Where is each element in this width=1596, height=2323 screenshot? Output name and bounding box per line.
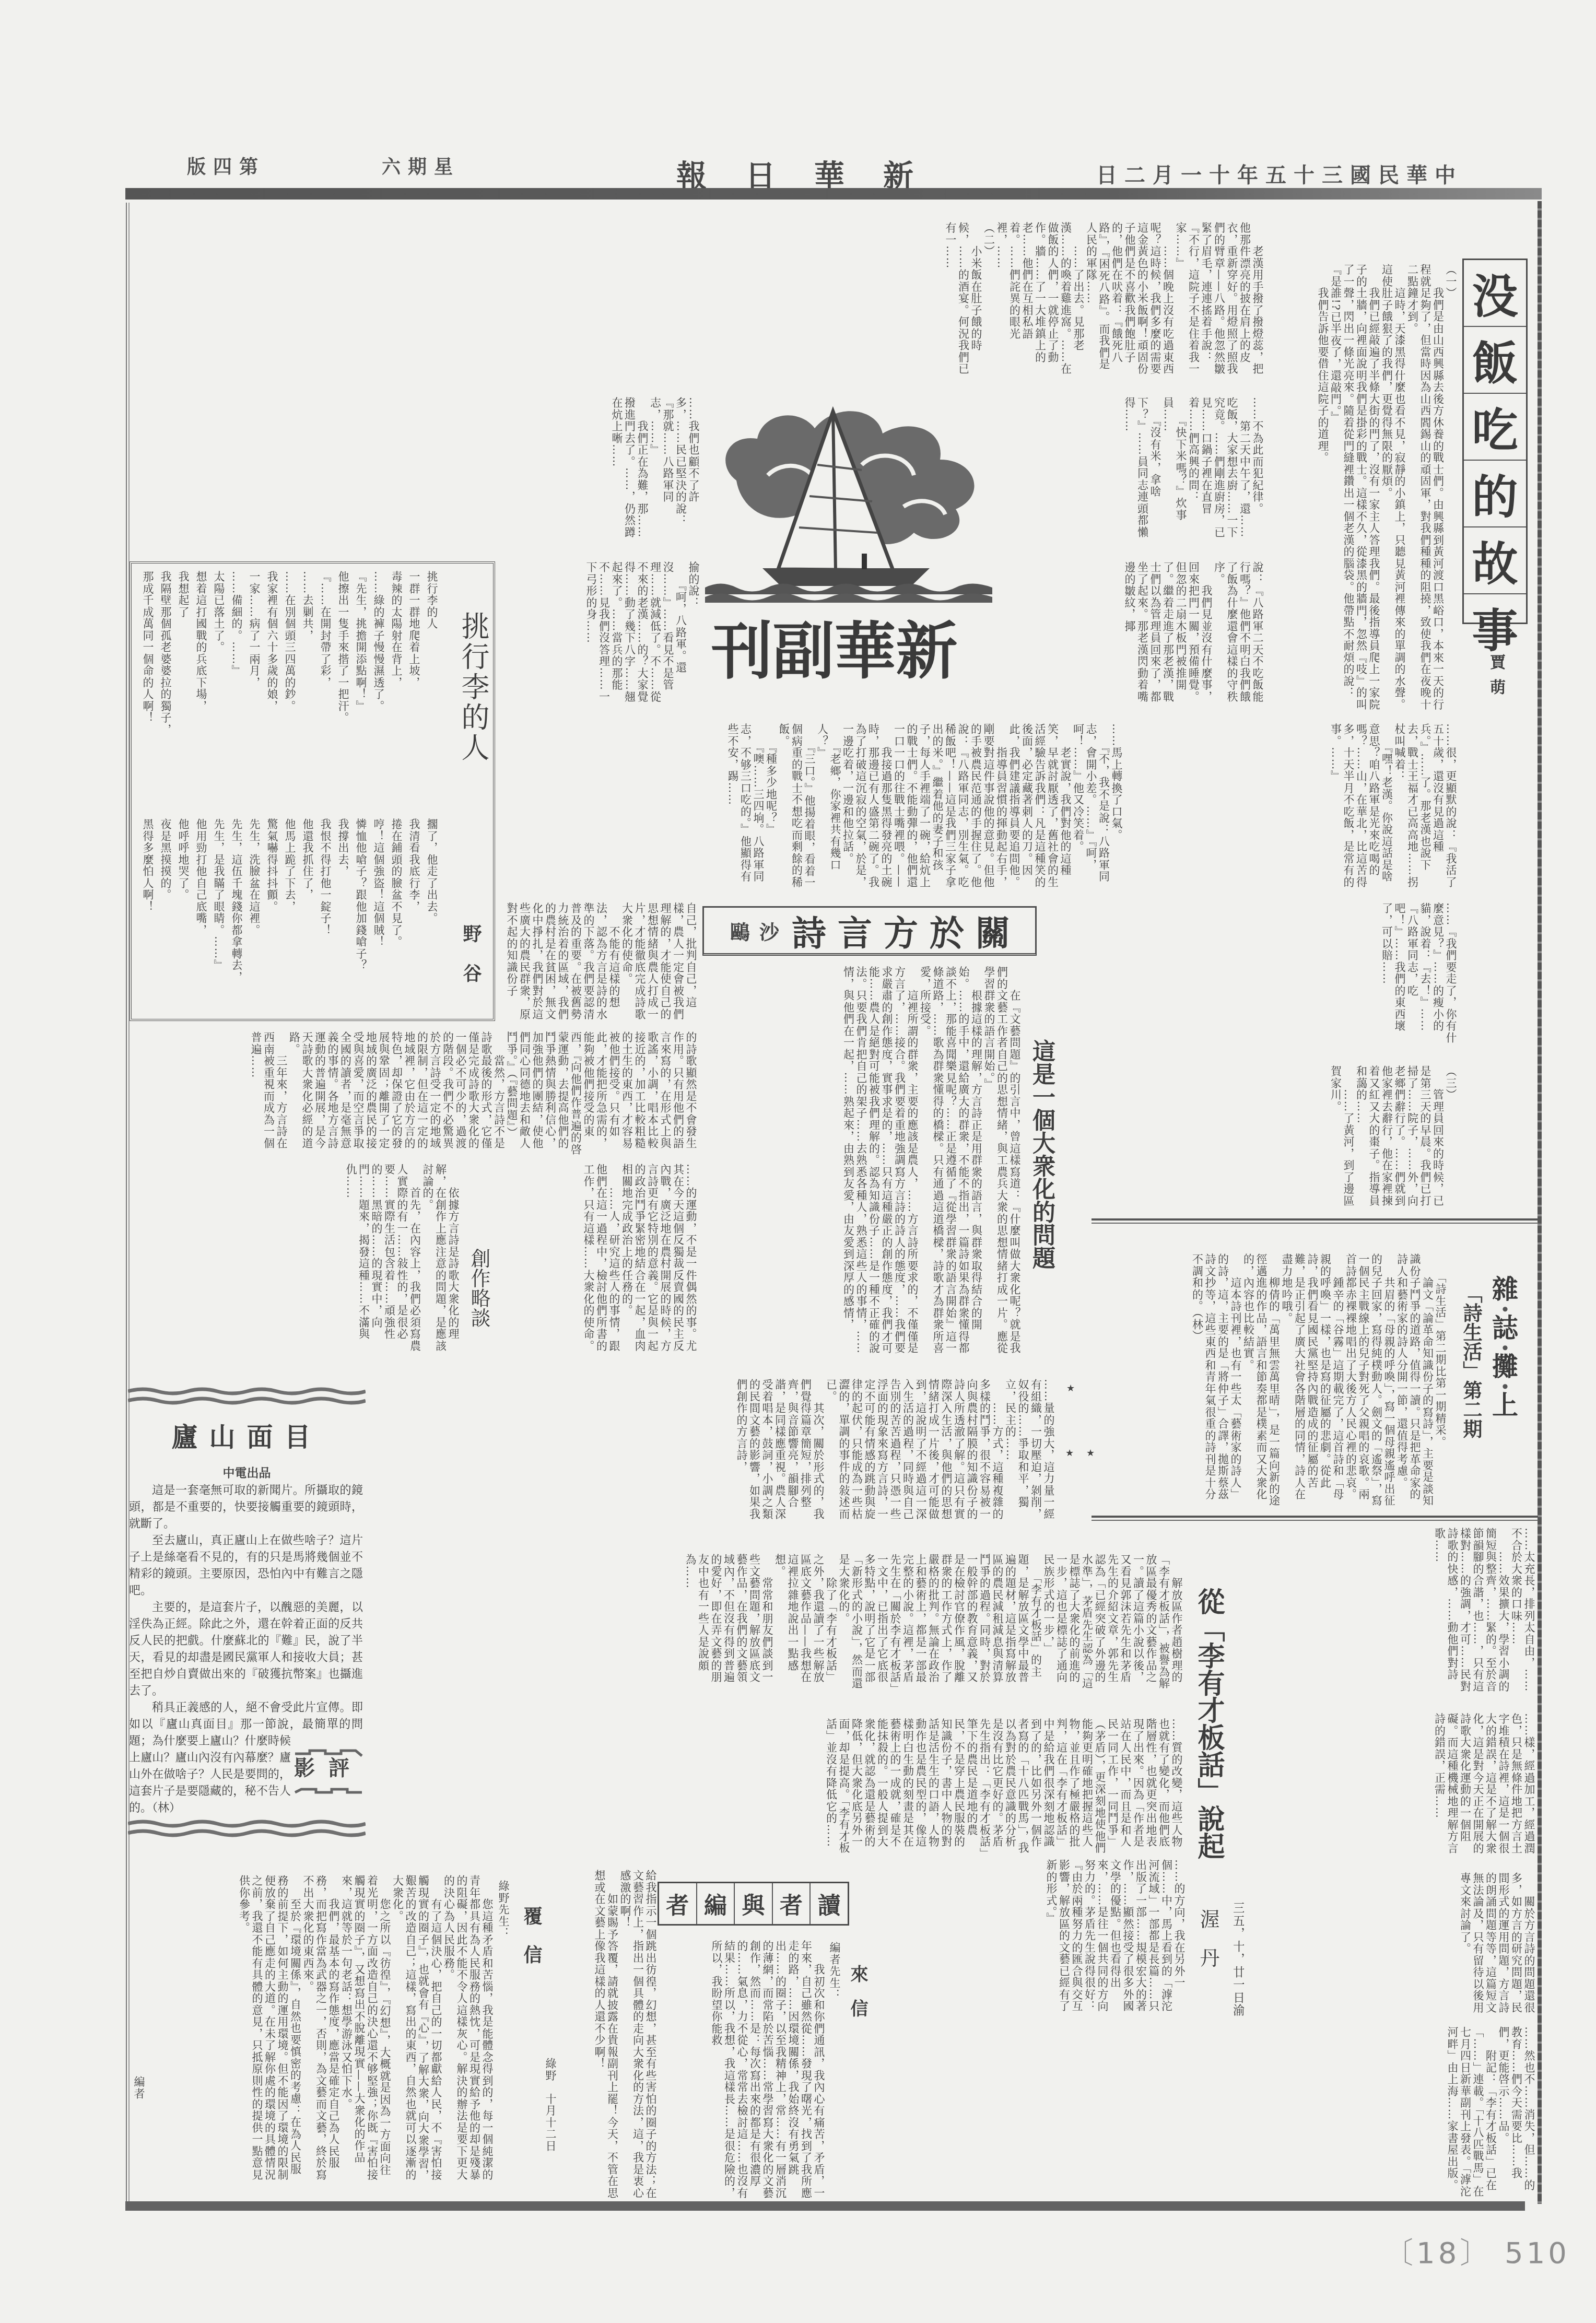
letter-body-part-2: 給我指示一個跳出彷徨，幻想，甚至有些害怕的圈子的方法；在文藝習作上，指出一個具體… xyxy=(558,1870,657,2199)
film-review-tag: 影評 xyxy=(294,1749,363,1797)
film-review-paragraph: 這是一套毫無可取的新聞片。所攝取的鏡頭，都是不重要的，快要接觸重要的鏡頭時，就斷… xyxy=(129,1482,363,1532)
column-title-char: 編 xyxy=(696,1883,734,1924)
bottom-rule xyxy=(125,2201,1525,2211)
column-title-char: 者 xyxy=(772,1883,810,1924)
li-youcai-text-part-2: ……質的改變，這些人物也就有了變化，而他們底階層性，也就更突出地表現了出來。因為… xyxy=(381,1718,1183,1857)
right-border xyxy=(1538,201,1542,2204)
porter-poem-author: 野谷 xyxy=(458,924,485,1003)
magazine-stand-column-title: 雜 誌 攤 上 xyxy=(1489,1274,1521,1421)
film-producer: 中電出品 xyxy=(128,1463,366,1481)
dialect-poetry-author: 沙鷗 xyxy=(730,916,789,945)
magazine-top-rule xyxy=(1092,1218,1538,1224)
issue-date: 中華民國三十五年十一月二日 xyxy=(1096,159,1463,189)
dialect-poetry-title-box: 關於方言詩 沙鷗 xyxy=(702,906,1037,956)
reply-salutation: 綠野先生： xyxy=(496,1880,510,1985)
porter-poem-stanza-1: 挑行李的人 一群一群地爬着上坡， 毒辣的太陽射在背上， ……綠的褲子慢慢濕透了。… xyxy=(135,571,441,756)
magazine-stand-subtitle: 「詩生活」第二期 xyxy=(1457,1284,1485,1438)
reply-signature: 編者 xyxy=(132,2076,145,2118)
weekday-label: 星期六 xyxy=(382,152,460,179)
no-food-story-text-part-7: ……很，更顯默的說：『我活了五十歲，還沒有見過這種兵。』……了。那老漢也說下去，… xyxy=(1128,723,1457,890)
porter-poem-box: 挑行李的人 野谷 挑行李的人 一群一群地爬着上坡， 毒辣的太陽射在背上， ……綠… xyxy=(130,561,495,1021)
star-separator-icon: ★ xyxy=(1066,1383,1075,1394)
supplement-masthead: 新華副刊 xyxy=(708,606,961,697)
star-separator-icon: ★ xyxy=(1086,1448,1095,1459)
title-char: 事 xyxy=(1464,594,1526,660)
letter-salutation: 編者先生： xyxy=(827,1942,841,2046)
column-title-char: 攤 xyxy=(1492,1352,1518,1390)
film-review-body: 這是一套毫無可取的新聞片。所攝取的鏡頭，都是不重要的，快要接觸重要的鏡頭時，就斷… xyxy=(129,1482,363,1816)
dialect-poetry-text-part-2: 自己，批判自己，這樣，農人一定會被我們理解的，才能使自己的思想情緒與農人打成一片… xyxy=(504,902,697,1028)
left-border xyxy=(126,203,130,2203)
no-food-story-text-part-2: 老漢用手撥了撥燈蕊，把他那件漂亮的披在肩上的皮衣，重新穿好。用燈照了照我們的臂章… xyxy=(131,222,1264,381)
dialect-poetry-text-part-1: 在『文藝問題』的引言中，曾這樣寫道：『什麼叫做大衆化呢？就是我們的文藝工作者自己… xyxy=(702,966,1021,1360)
reply-body: 您這種矛盾和苦惱，我是能體念得到的，每一個純潔的青年都具有為人民服務的熱忱，可是… xyxy=(146,1875,494,2186)
dialect-poetry-section-title: 創作略談 xyxy=(465,1248,494,1328)
edition-label: 第四版 xyxy=(187,152,265,179)
no-food-story-text-part-1: （一） 我們是由山西興縣去後方休養的戰士們。由興縣到黃河渡口黑峪口，本來一天的行… xyxy=(1269,264,1457,710)
no-food-story-text-part-8: ……馬上轉換了口氣。 『不，我不是說：八路軍同志，會開小差。……』『呵，呵！……… xyxy=(504,723,1123,890)
film-review-title: 廬山面目 xyxy=(128,1416,366,1454)
wavy-border-icon xyxy=(128,1386,366,1407)
title-char: 故 xyxy=(1464,527,1526,594)
magazine-stand-review-text: 「詩生活」第二期比第一期精采。 論文「論革命知識份子的寫詩」，主要是談知識份子鬥… xyxy=(1097,1253,1447,1510)
dialect-poetry-text-part-3: 的詩歌顯然是不會發生作用。只有用他們的語言來寫的，在形式上與歌謠，小調，唱本比較… xyxy=(131,1031,697,1157)
dialect-poetry-text-part-5: 依據方言詩是詩歌大衆化的理解，在創作上應注意的問題，是應該討論的。 首先，在內容… xyxy=(131,1164,460,1361)
dialect-poetry-text-part-6: ……量的強大，這力量一經有組織，一切壓迫，剝削，奴役的……爭取和平，獨立，民主的… xyxy=(373,1379,1055,1528)
no-food-story-author: 賈萌 xyxy=(1484,654,1507,704)
film-review-paragraph: 至去廬山，真正廬山上在做些啥子？這片子上是絲毫看不見的，有的只是馬將幾個並不精彩… xyxy=(129,1532,363,1599)
dialect-poetry-text-part-9: 關於方言詩的問題還很多，如方言的研究問題，民間形式的運用問題，方言詩的朗誦問題等… xyxy=(1249,1872,1535,2016)
column-title-char: 上 xyxy=(1492,1390,1518,1421)
star-separator-icon: ★ xyxy=(1065,1448,1074,1459)
no-food-story-text-part-3: ……不為此而犯紀律。 第二天中午了，還……吃飯，大家想去廚……一下究竟。……們剛… xyxy=(997,397,1264,546)
dialect-poetry-text-part-4: ……的運動，不是一件偶然的事。尤其在今天這個反獨裁反賣國的民主反內戰，廣泛地在農… xyxy=(494,1164,697,1361)
li-youcai-text-part-4: ……然也不……消失，但……的教育……們今天需要比……我們，更能啓示……品。 附記… xyxy=(883,2026,1535,2200)
film-review-section: 廬山面目 中電出品 這是一套毫無可取的新聞片。所攝取的鏡頭，都是不重要的，快要接… xyxy=(128,1384,366,1841)
reply-label: 覆信 xyxy=(519,1906,545,1984)
film-review-label: 影評 xyxy=(294,1760,363,1777)
no-food-story-text-part-6: 揄的說： 『呵，八路軍。還沒……』……看見不是管理……就減低了。不……從不來的老… xyxy=(504,561,700,710)
film-review-paragraph: 主要的，是這套片子，以醜惡的美麗，以淫佚為正經。除此之外，還在幹着正面的反共反人… xyxy=(129,1599,363,1699)
li-youcai-author: 渥丹 xyxy=(1194,1909,1223,1986)
li-youcai-text-part-1: 解放區作者趙樹理的「李有才板話」，被譽為解放區最優秀的文藝作品之一。讀了這篇小說… xyxy=(381,1554,1183,1691)
porter-poem-stanza-2: 擱了，他走了出去。 我清看我底行李， 捲在鋪頭的臉盆不見了。 哼！這個強盜！這個… xyxy=(135,818,441,1006)
title-char: 没 xyxy=(1464,260,1526,327)
title-char: 飯 xyxy=(1464,327,1526,394)
column-title-char: 與 xyxy=(734,1883,772,1924)
column-title-char: 誌 xyxy=(1492,1313,1518,1352)
title-char: 的 xyxy=(1464,461,1526,527)
li-youcai-text-part-3: ……的方向，我在另外一個……中，馬上看到的「滹沱河流域」一部都是長篇……只出版了… xyxy=(883,1859,1186,2016)
no-food-story-text-part-9: ……『我們要走了，你有什麼意見？』……的瘦小的貓，說着：『去！』……『八路軍同志… xyxy=(1063,902,1457,1054)
dialect-poetry-subtitle: 這是一個大衆化的問題 xyxy=(1025,1039,1058,1269)
no-food-story-text-part-5: 說：『八路軍二天不吃飯能行嗎？』他們不明白我們餓了飯為什麼還會這樣的守秩序。 我… xyxy=(997,561,1264,710)
dialect-poetry-title: 關於方言詩 xyxy=(792,906,1022,955)
column-title-char: 者 xyxy=(659,1883,696,1924)
wavy-border-icon xyxy=(128,1818,366,1839)
dialect-poetry-text-part-7: ……太充長，排列太自由，……不合於大衆的口味…… ……效果擴大，學習小調的簡短與… xyxy=(1225,1528,1535,1697)
sailboat-woodcut-image xyxy=(705,402,992,607)
dialect-poetry-text-part-8: ……樣，經過加工，經過潤色，只是無條件地把方言土字堆積在詩裡，這是一個很大的錯誤… xyxy=(1225,1713,1535,1857)
porter-poem-title: 挑行李的人 xyxy=(453,612,494,763)
magazine-bottom-rule xyxy=(1092,1516,1538,1521)
no-food-story-text-part-10: （三） 管理員回來的時候，已是第三天的早晨。我們已打掃了……院子，……外，向老鄉… xyxy=(1063,1065,1457,1214)
header-rule xyxy=(125,188,1542,200)
archive-page-number: 〔18〕 510 xyxy=(1384,2230,1570,2272)
dialect-poetry-dateline: 三五，十，廿一日渝 xyxy=(1228,1902,1244,2022)
letter-label: 來信 xyxy=(845,1965,871,2034)
sailboat-icon xyxy=(705,402,992,607)
li-youcai-title: 從「李有才板話」說起 xyxy=(1189,1588,1228,1859)
letter-signature: 綠野 十月十二日 xyxy=(543,2058,557,2199)
title-char: 吃 xyxy=(1464,394,1526,461)
newspaper-page: 第四版 星期六 新華日報 中華民國三十五年十一月二日 没 飯 吃 的 故 事 賈… xyxy=(0,0,1596,2323)
column-title-char: 讀 xyxy=(809,1883,848,1924)
readers-and-editors-column-title: 讀 者 與 編 者 xyxy=(658,1882,849,1926)
column-title-char: 雜 xyxy=(1492,1274,1518,1313)
letter-body-part-1: 我初次和你們通訊，我內心有痛苦，矛盾，一年來，自己雖然從……發現了曙光，找到了我… xyxy=(640,1940,825,2201)
no-food-story-title-box: 没 飯 吃 的 故 事 xyxy=(1462,259,1528,624)
no-food-story-text-part-4: ……我們也顧不了許多，……民已堅決的說：『那就……八路軍同志，……』 我們正在為… xyxy=(131,397,700,546)
